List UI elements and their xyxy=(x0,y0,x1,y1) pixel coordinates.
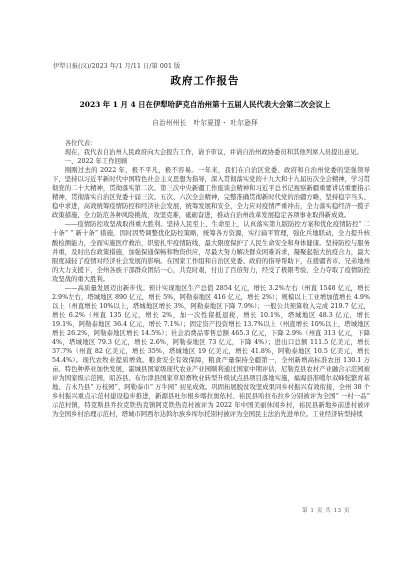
section-heading: 一、2022 年工作回顾 xyxy=(52,157,370,166)
epidemic-paragraph: ——疫情防控攻坚战取得重大胜利。坚持人民至上、生命至上，认真落实第九版防控方案和… xyxy=(52,220,370,283)
review-paragraph: 刚刚过去的 2022 年，极不平凡，极不容易。一年来，我们在自治区党委、政府和自… xyxy=(52,166,370,220)
page-indicator: 第 1 页 共 13 页 xyxy=(302,506,350,514)
intro-paragraph: 现在，我代表自治州人民政府向大会报告工作，请予审议，并请自治州政协委员和其他列席… xyxy=(52,148,370,157)
development-paragraph: ——高质量发展迈出新步伐。预计实现地区生产总值 2854 亿元，增长 3.2%左… xyxy=(52,284,370,420)
salutation-paragraph: 各位代表： xyxy=(52,139,370,148)
newspaper-source-line: 伊犁日报(汉)/2023 年/1 月/11 日/第 001 版 xyxy=(53,61,180,70)
document-author: 自治州州长 叶尔夏提・ 吐尔逊拜 xyxy=(0,117,410,127)
document-page: 伊犁日报(汉)/2023 年/1 月/11 日/第 001 版 政府工作报告 2… xyxy=(0,0,410,580)
document-body: 各位代表： 现在，我代表自治州人民政府向大会报告工作，请予审议，并请自治州政协委… xyxy=(52,139,370,419)
document-title: 政府工作报告 xyxy=(0,73,410,88)
document-subtitle: 2023 年 1 月 4 日在伊犁哈萨克自治州第十五届人民代表大会第二次会议上 xyxy=(0,99,410,110)
